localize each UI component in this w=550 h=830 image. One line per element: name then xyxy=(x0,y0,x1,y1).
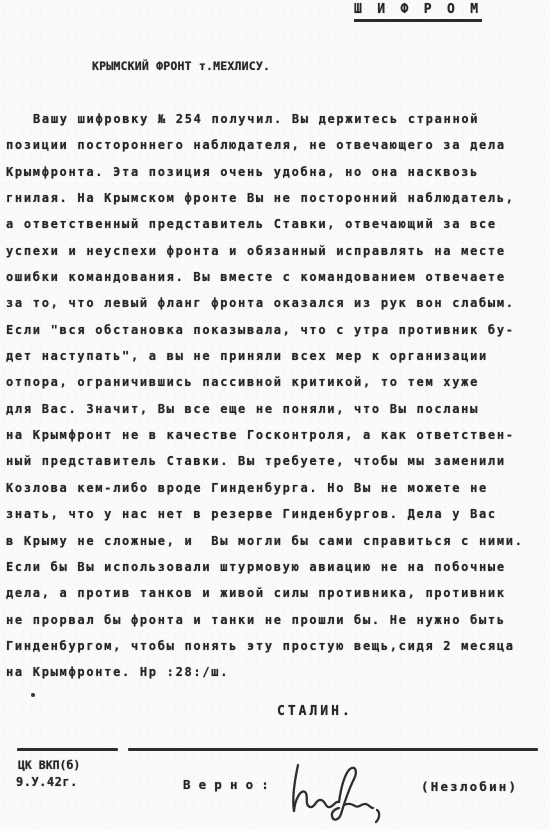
body-line: успехи и неуспехи фронта и обязанный исп… xyxy=(6,238,546,264)
footer-date: 9.У.42г. xyxy=(16,775,78,789)
stalin-signoff: СТАЛИН. xyxy=(277,704,353,719)
cipher-stamp: Ш И Ф Р О М xyxy=(354,2,482,22)
body-line: а ответственный представитель Ставки, от… xyxy=(6,211,546,237)
body-line: не прорвал бы фронта и танки не прошли б… xyxy=(6,607,546,633)
body-line: знать, что у нас нет в резерве Гинденбур… xyxy=(6,501,546,527)
telegram-body: Вашу шифровку № 254 получил. Вы держитес… xyxy=(6,106,546,686)
divider-short xyxy=(17,748,118,751)
body-line: ный представитель Ставки. Вы требуете, ч… xyxy=(6,448,546,474)
body-line: за то, что левый фланг фронта оказался и… xyxy=(6,290,546,316)
body-line: Вашу шифровку № 254 получил. Вы держитес… xyxy=(6,106,546,132)
body-line: для Вас. Значит, Вы все еще не поняли, ч… xyxy=(6,396,546,422)
certifier-name: (Незлобин) xyxy=(421,779,518,794)
nezlobin-signature-icon xyxy=(282,757,397,829)
certified-label: В е р н о : xyxy=(183,777,269,792)
body-line: Если бы Вы использовали штурмовую авиаци… xyxy=(6,554,546,580)
body-line: Крымфронта. Эта позиция очень удобна, но… xyxy=(6,159,546,185)
footer-org: ЦК ВКП(б) xyxy=(18,758,80,772)
body-line: Гинденбургом, чтобы понять эту простую в… xyxy=(6,633,546,659)
body-line: гнилая. На Крымском фронте Вы не посторо… xyxy=(6,185,546,211)
body-line: позиции постороннего наблюдателя, не отв… xyxy=(6,132,546,158)
body-line: дела, а против танков и живой силы проти… xyxy=(6,580,546,606)
document-page: Ш И Ф Р О М КРЫМСКИЙ ФРОНТ т.МЕХЛИСУ. Ва… xyxy=(0,0,550,830)
ink-dot xyxy=(31,693,35,697)
body-line: отпора, ограничившись пассивной критикой… xyxy=(6,369,546,395)
addressee-line: КРЫМСКИЙ ФРОНТ т.МЕХЛИСУ. xyxy=(92,59,270,73)
body-line: дет наступать", а вы не приняли всех мер… xyxy=(6,343,546,369)
body-line: на Крымфронт не в качестве Госконтроля, … xyxy=(6,422,546,448)
body-line: в Крыму не сложные, и Вы могли бы сами с… xyxy=(6,528,546,554)
body-line: Если "вся обстановка показывала, что с у… xyxy=(6,317,546,343)
body-line: на Крымфронте. Нр :28:/ш. xyxy=(6,659,546,685)
divider-long xyxy=(128,748,538,751)
body-line: ошибки командования. Вы вместе с командо… xyxy=(6,264,546,290)
body-line: Козлова кем-либо вроде Гинденбурга. Но В… xyxy=(6,475,546,501)
